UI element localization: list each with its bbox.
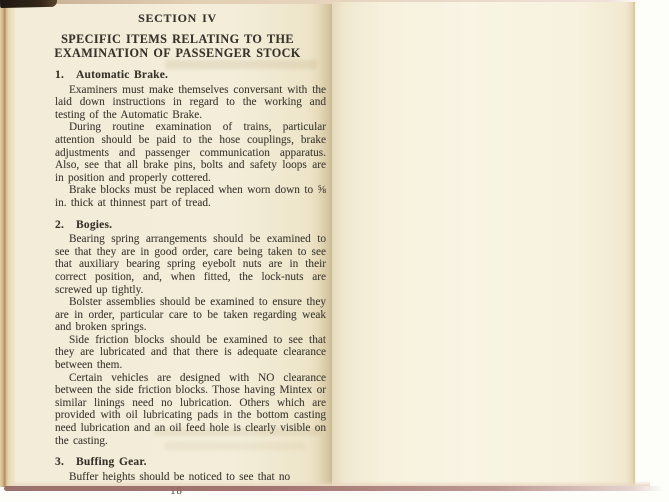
page-edge-stack [0, 3, 15, 487]
paragraph: Bolster assemblies should be examined to… [55, 296, 326, 334]
subsection-heading-bogies: 2.Bogies. [55, 219, 326, 232]
cover-bottom-edge [4, 486, 664, 491]
paragraph: Bearing spring arrangements should be ex… [55, 233, 326, 296]
gutter-shadow [318, 4, 332, 486]
subsection-heading-automatic-brake: 1.Automatic Brake. [55, 69, 326, 82]
section-heading: SECTION IV [42, 12, 313, 24]
left-page: SECTION IV SPECIFIC ITEMS RELATING TO TH… [15, 4, 332, 486]
text-column: SECTION IV SPECIFIC ITEMS RELATING TO TH… [55, 8, 326, 499]
cover-corner-dark [0, 0, 57, 8]
paragraph: During routine examination of trains, pa… [55, 121, 326, 184]
book-scan-photo: SECTION IV SPECIFIC ITEMS RELATING TO TH… [0, 0, 669, 502]
subsection-title: Bogies. [76, 219, 112, 231]
subsection-title: Buffing Gear. [76, 456, 147, 468]
subsection-heading-buffing-gear: 3.Buffing Gear. [55, 456, 326, 469]
open-book: SECTION IV SPECIFIC ITEMS RELATING TO TH… [0, 0, 669, 502]
paragraph: Examiners must make themselves conversan… [55, 84, 326, 122]
paragraph: Side friction blocks should be examined … [55, 334, 326, 372]
subsection-title: Automatic Brake. [76, 69, 168, 81]
paragraph: Brake blocks must be replaced when worn … [55, 184, 326, 209]
right-page-fore-edge [633, 2, 636, 484]
subsection-number: 1. [55, 69, 76, 82]
subsection-number: 3. [55, 456, 76, 469]
chapter-title: SPECIFIC ITEMS RELATING TO THE EXAMINATI… [52, 33, 304, 60]
paragraph: Certain vehicles are designed with NO cl… [55, 372, 326, 448]
subsection-number: 2. [55, 219, 76, 232]
right-page-blank [332, 2, 635, 486]
